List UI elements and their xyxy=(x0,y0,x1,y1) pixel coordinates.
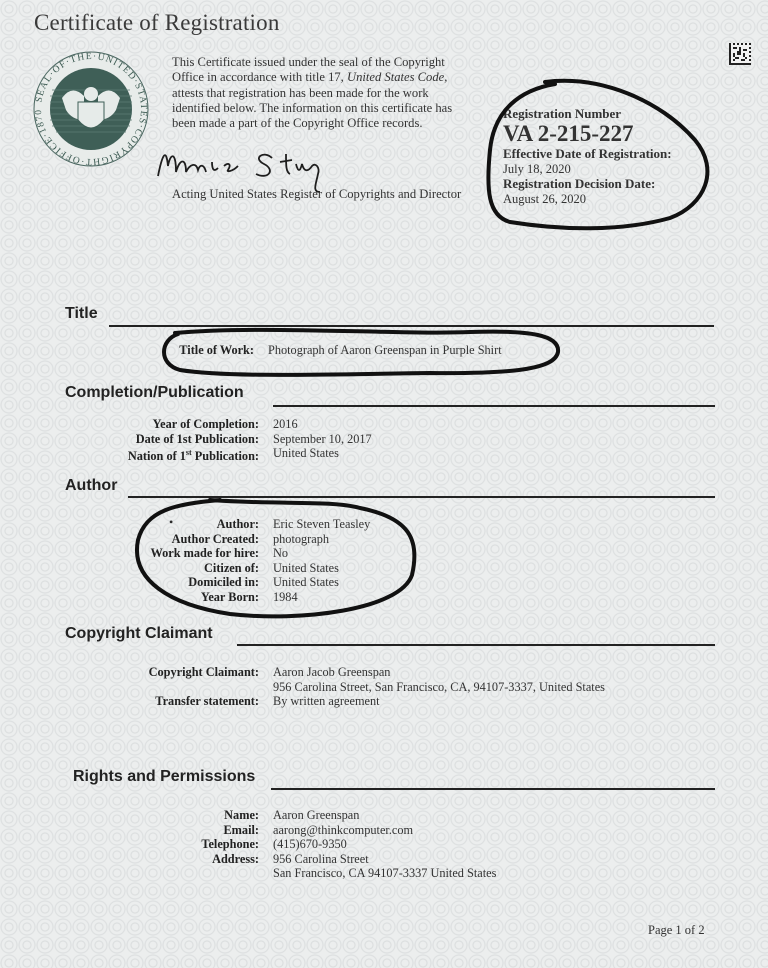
field-label: Title of Work: xyxy=(50,343,268,358)
section-rule xyxy=(128,496,715,498)
registration-number-label: Registration Number xyxy=(503,106,672,122)
2d-barcode-icon xyxy=(729,43,751,65)
field-row: Telephone:(415)670-9350 xyxy=(55,837,496,852)
completion-fields: Year of Completion:2016 Date of 1st Publ… xyxy=(55,417,372,464)
section-heading-rights: Rights and Permissions xyxy=(73,768,255,786)
field-row: Date of 1st Publication:September 10, 20… xyxy=(55,432,372,447)
effective-date: July 18, 2020 xyxy=(503,162,672,176)
field-row: Transfer statement:By written agreement xyxy=(55,694,605,709)
field-row: Email:aarong@thinkcomputer.com xyxy=(55,823,496,838)
field-row: Copyright Claimant:Aaron Jacob Greenspan xyxy=(55,665,605,680)
certificate-statement: This Certificate issued under the seal o… xyxy=(172,55,472,131)
author-fields: Author:Eric Steven Teasley Author Create… xyxy=(55,517,370,604)
field-row: Year Born:1984 xyxy=(55,590,370,605)
section-heading-author: Author xyxy=(65,477,117,495)
field-row: Citizen of:United States xyxy=(55,561,370,576)
field-row: Work made for hire:No xyxy=(55,546,370,561)
field-value: Photograph of Aaron Greenspan in Purple … xyxy=(268,343,502,358)
decision-date-label: Registration Decision Date: xyxy=(503,176,672,192)
registration-number: VA 2-215-227 xyxy=(503,122,672,146)
section-heading-completion: Completion/Publication xyxy=(65,384,244,402)
section-heading-title: Title xyxy=(65,305,98,323)
rights-fields: Name:Aaron Greenspan Email:aarong@thinkc… xyxy=(55,808,496,881)
certificate-title: Certificate of Registration xyxy=(34,10,280,36)
field-row: 956 Carolina Street, San Francisco, CA, … xyxy=(55,680,605,695)
page-number: Page 1 of 2 xyxy=(648,923,705,938)
field-row: Domiciled in:United States xyxy=(55,575,370,590)
decision-date: August 26, 2020 xyxy=(503,192,672,206)
effective-date-label: Effective Date of Registration: xyxy=(503,146,672,162)
section-rule xyxy=(271,788,715,790)
field-row: San Francisco, CA 94107-3337 United Stat… xyxy=(55,866,496,881)
section-heading-claimant: Copyright Claimant xyxy=(65,625,213,643)
field-row: Author:Eric Steven Teasley xyxy=(55,517,370,532)
claimant-fields: Copyright Claimant:Aaron Jacob Greenspan… xyxy=(55,665,605,709)
field-row: Author Created:photograph xyxy=(55,532,370,547)
section-rule xyxy=(109,325,714,327)
title-of-work-row: Title of Work: Photograph of Aaron Green… xyxy=(50,343,502,358)
signer-title: Acting United States Register of Copyrig… xyxy=(172,187,461,202)
registration-info: Registration Number VA 2-215-227 Effecti… xyxy=(503,106,672,206)
section-rule xyxy=(273,405,715,407)
field-row: Name:Aaron Greenspan xyxy=(55,808,496,823)
section-rule xyxy=(237,644,715,646)
field-row: Year of Completion:2016 xyxy=(55,417,372,432)
copyright-office-seal-icon: SEAL·OF·THE·UNITED·STATES·COPYRIGHT·OFFI… xyxy=(32,50,150,168)
field-row: Nation of 1st Publication:United States xyxy=(55,446,372,464)
email-link[interactable]: aarong@thinkcomputer.com xyxy=(273,823,413,838)
field-row: Address:956 Carolina Street xyxy=(55,852,496,867)
